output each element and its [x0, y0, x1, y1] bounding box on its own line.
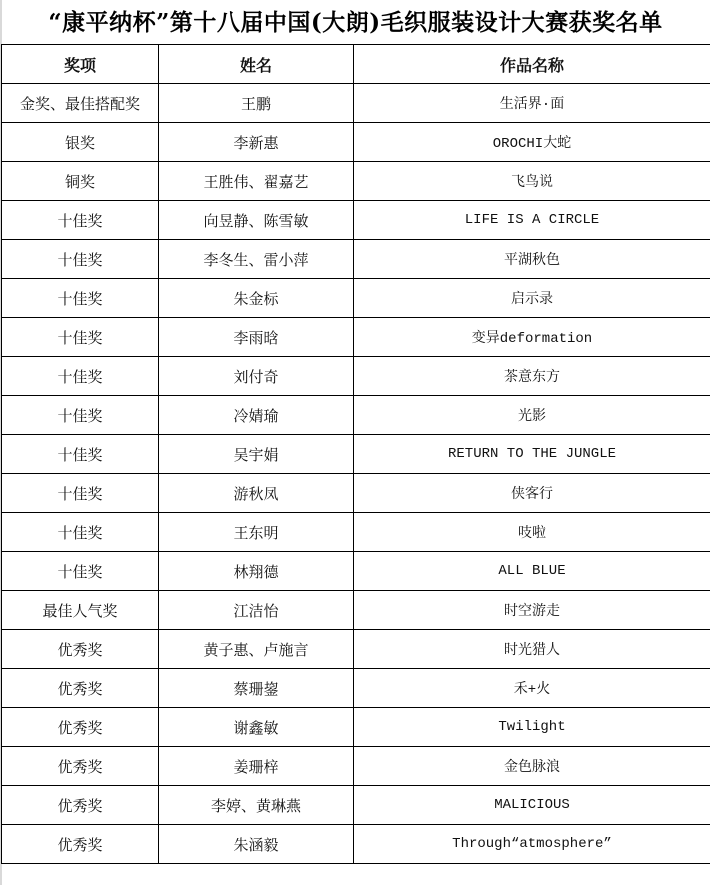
table-row: 十佳奖林翔德ALL BLUE	[2, 552, 710, 591]
name-cell: 李冬生、雷小萍	[159, 240, 354, 279]
table-body: 金奖、最佳搭配奖王鹏生活界·面银奖李新惠OROCHI大蛇铜奖王胜伟、翟嘉艺飞鸟说…	[2, 84, 710, 864]
table-row: 最佳人气奖江洁怡时空游走	[2, 591, 710, 630]
table-row: 优秀奖李婷、黄琳燕MALICIOUS	[2, 786, 710, 825]
name-cell: 蔡珊鋆	[159, 669, 354, 708]
award-cell: 银奖	[2, 123, 159, 162]
name-cell: 黄子惠、卢施言	[159, 630, 354, 669]
award-cell: 十佳奖	[2, 552, 159, 591]
page-title: “康平纳杯”第十八届中国(大朗)毛织服装设计大赛获奖名单	[1, 0, 710, 44]
table-row: 十佳奖游秋凤侠客行	[2, 474, 710, 513]
award-cell: 十佳奖	[2, 240, 159, 279]
award-cell: 十佳奖	[2, 357, 159, 396]
award-cell: 十佳奖	[2, 201, 159, 240]
name-cell: 朱涵毅	[159, 825, 354, 864]
work-cell: 茶意东方	[354, 357, 710, 396]
name-cell: 林翔德	[159, 552, 354, 591]
work-cell: 时光猎人	[354, 630, 710, 669]
table-row: 优秀奖朱涵毅Through“atmosphere”	[2, 825, 710, 864]
name-cell: 游秋凤	[159, 474, 354, 513]
award-cell: 十佳奖	[2, 318, 159, 357]
award-cell: 十佳奖	[2, 513, 159, 552]
header-name: 姓名	[159, 45, 354, 84]
award-table: 奖项 姓名 作品名称 金奖、最佳搭配奖王鹏生活界·面银奖李新惠OROCHI大蛇铜…	[1, 44, 710, 864]
work-cell: 吱啦	[354, 513, 710, 552]
header-work: 作品名称	[354, 45, 710, 84]
name-cell: 江洁怡	[159, 591, 354, 630]
table-row: 铜奖王胜伟、翟嘉艺飞鸟说	[2, 162, 710, 201]
award-list-sheet: “康平纳杯”第十八届中国(大朗)毛织服装设计大赛获奖名单 奖项 姓名 作品名称 …	[1, 0, 710, 864]
work-cell: 平湖秋色	[354, 240, 710, 279]
table-row: 十佳奖向昱静、陈雪敏LIFE IS A CIRCLE	[2, 201, 710, 240]
table-header-row: 奖项 姓名 作品名称	[2, 45, 710, 84]
name-cell: 朱金标	[159, 279, 354, 318]
work-cell: 侠客行	[354, 474, 710, 513]
name-cell: 王鹏	[159, 84, 354, 123]
table-row: 十佳奖冷婧瑜光影	[2, 396, 710, 435]
work-cell: LIFE IS A CIRCLE	[354, 201, 710, 240]
award-cell: 最佳人气奖	[2, 591, 159, 630]
name-cell: 向昱静、陈雪敏	[159, 201, 354, 240]
name-cell: 姜珊梓	[159, 747, 354, 786]
award-cell: 十佳奖	[2, 279, 159, 318]
name-cell: 王东明	[159, 513, 354, 552]
table-row: 十佳奖李冬生、雷小萍平湖秋色	[2, 240, 710, 279]
table-row: 优秀奖谢鑫敏Twilight	[2, 708, 710, 747]
award-cell: 优秀奖	[2, 630, 159, 669]
work-cell: 生活界·面	[354, 84, 710, 123]
work-cell: Through“atmosphere”	[354, 825, 710, 864]
work-cell: 变异deformation	[354, 318, 710, 357]
work-cell: 时空游走	[354, 591, 710, 630]
table-row: 优秀奖姜珊梓金色脉浪	[2, 747, 710, 786]
work-cell: MALICIOUS	[354, 786, 710, 825]
name-cell: 李雨晗	[159, 318, 354, 357]
award-cell: 优秀奖	[2, 708, 159, 747]
table-row: 十佳奖王东明吱啦	[2, 513, 710, 552]
award-cell: 金奖、最佳搭配奖	[2, 84, 159, 123]
table-row: 十佳奖李雨晗变异deformation	[2, 318, 710, 357]
award-cell: 优秀奖	[2, 825, 159, 864]
name-cell: 刘付奇	[159, 357, 354, 396]
table-row: 十佳奖朱金标启示录	[2, 279, 710, 318]
work-cell: 飞鸟说	[354, 162, 710, 201]
work-cell: OROCHI大蛇	[354, 123, 710, 162]
work-cell: 启示录	[354, 279, 710, 318]
table-row: 银奖李新惠OROCHI大蛇	[2, 123, 710, 162]
name-cell: 吴宇娟	[159, 435, 354, 474]
name-cell: 王胜伟、翟嘉艺	[159, 162, 354, 201]
work-cell: RETURN TO THE JUNGLE	[354, 435, 710, 474]
table-row: 金奖、最佳搭配奖王鹏生活界·面	[2, 84, 710, 123]
award-cell: 十佳奖	[2, 396, 159, 435]
header-award: 奖项	[2, 45, 159, 84]
award-cell: 优秀奖	[2, 786, 159, 825]
award-cell: 十佳奖	[2, 474, 159, 513]
table-row: 十佳奖吴宇娟RETURN TO THE JUNGLE	[2, 435, 710, 474]
award-cell: 铜奖	[2, 162, 159, 201]
work-cell: 光影	[354, 396, 710, 435]
name-cell: 谢鑫敏	[159, 708, 354, 747]
name-cell: 李婷、黄琳燕	[159, 786, 354, 825]
award-cell: 优秀奖	[2, 747, 159, 786]
name-cell: 李新惠	[159, 123, 354, 162]
award-cell: 优秀奖	[2, 669, 159, 708]
table-row: 优秀奖黄子惠、卢施言时光猎人	[2, 630, 710, 669]
table-row: 优秀奖蔡珊鋆禾+火	[2, 669, 710, 708]
work-cell: 禾+火	[354, 669, 710, 708]
table-row: 十佳奖刘付奇茶意东方	[2, 357, 710, 396]
work-cell: ALL BLUE	[354, 552, 710, 591]
work-cell: Twilight	[354, 708, 710, 747]
work-cell: 金色脉浪	[354, 747, 710, 786]
name-cell: 冷婧瑜	[159, 396, 354, 435]
award-cell: 十佳奖	[2, 435, 159, 474]
